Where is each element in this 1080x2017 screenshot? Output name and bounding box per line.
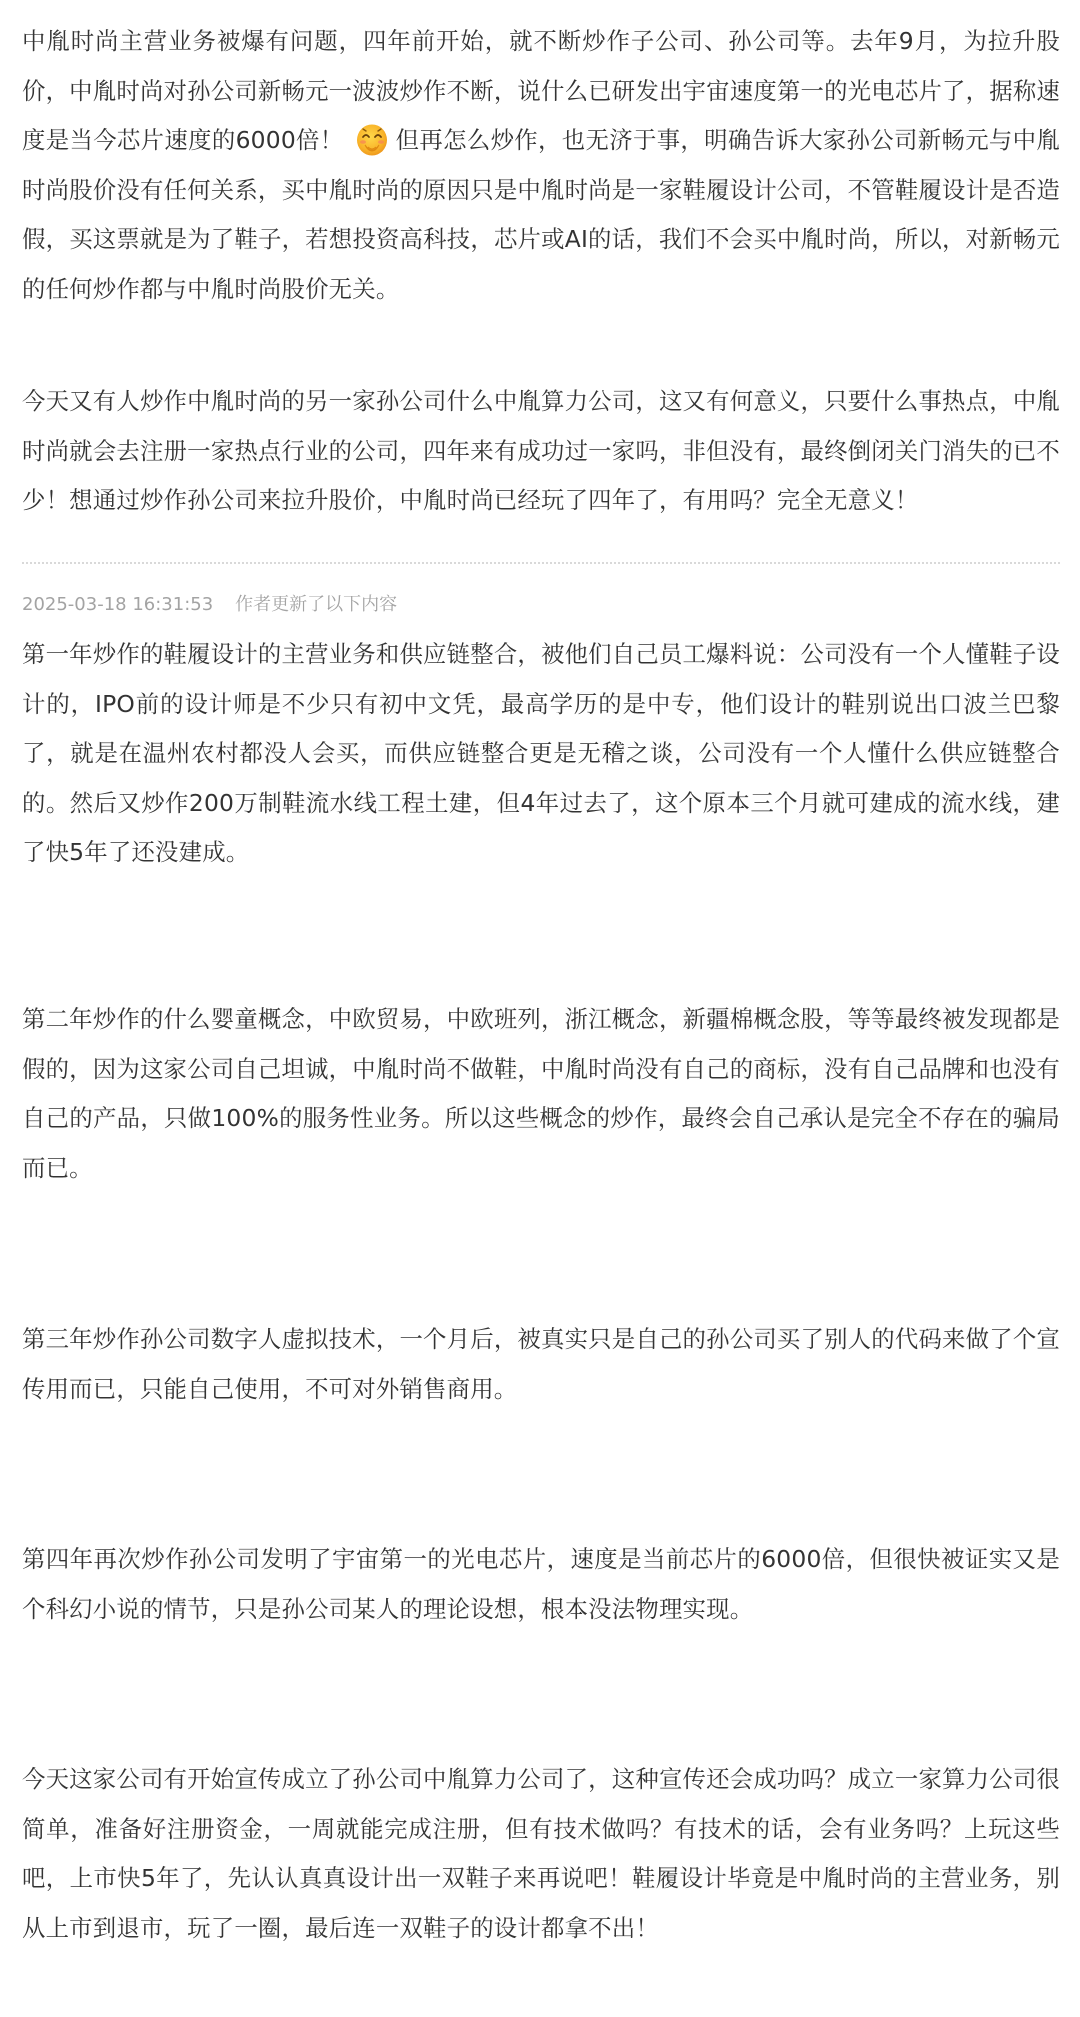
article-paragraph-1: 中胤时尚主营业务被爆有问题，四年前开始，就不断炒作子公司、孙公司等。去年9月，为… — [22, 17, 1060, 314]
updated-paragraph-year-1: 第一年炒作的鞋履设计的主营业务和供应链整合，被他们自己员工爆料说：公司没有一个人… — [22, 630, 1060, 878]
update-meta: 2025-03-18 16:31:53作者更新了以下内容 — [22, 590, 397, 620]
updated-paragraph-year-4: 第四年再次炒作孙公司发明了宇宙第一的光电芯片，速度是当前芯片的6000倍，但很快… — [22, 1535, 1060, 1634]
giggle-emoji-icon — [354, 121, 390, 157]
update-note: 作者更新了以下内容 — [235, 594, 397, 615]
updated-paragraph-year-3: 第三年炒作孙公司数字人虚拟技术，一个月后，被真实只是自己的孙公司买了别人的代码来… — [22, 1315, 1060, 1414]
updated-paragraph-today: 今天这家公司有开始宣传成立了孙公司中胤算力公司了，这种宣传还会成功吗？成立一家算… — [22, 1755, 1060, 1953]
article-paragraph-2: 今天又有人炒作中胤时尚的另一家孙公司什么中胤算力公司，这又有何意义，只要什么事热… — [22, 377, 1060, 526]
update-timestamp: 2025-03-18 16:31:53 — [22, 594, 213, 615]
update-divider — [22, 562, 1060, 564]
updated-paragraph-year-2: 第二年炒作的什么婴童概念，中欧贸易，中欧班列，浙江概念，新疆棉概念股，等等最终被… — [22, 995, 1060, 1193]
